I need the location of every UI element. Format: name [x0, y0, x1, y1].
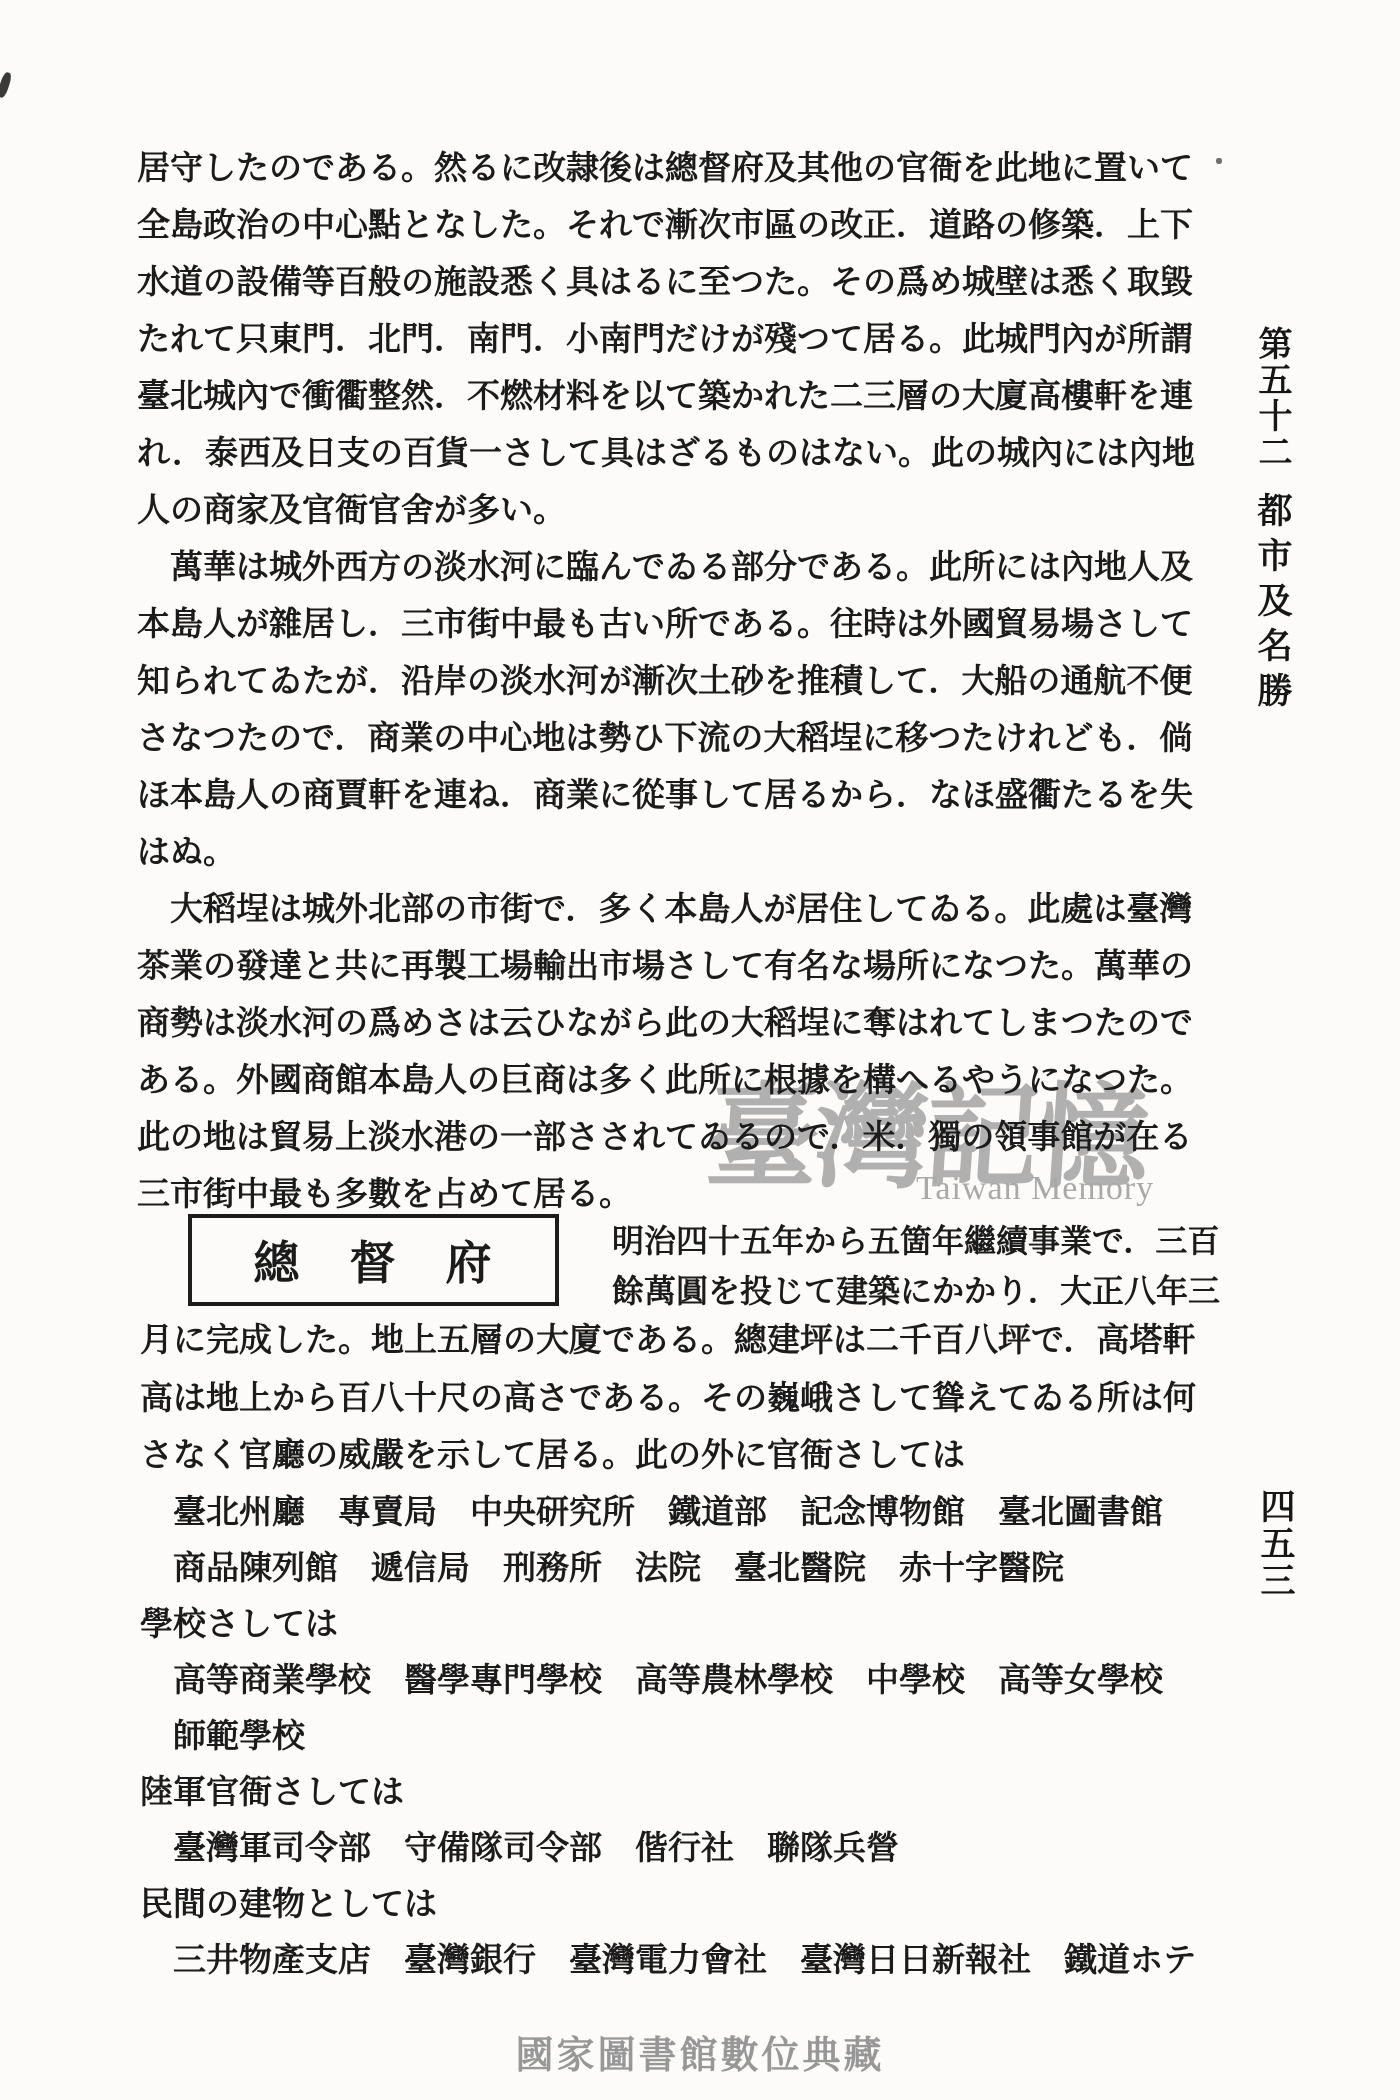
text-line: ある。外國商館本島人の巨商は多く此所に根據を構へるやうになつた。 — [137, 1062, 1193, 1102]
text-line: 商勢は淡水河の爲めさは云ひながら此の大稻埕に奪はれてしまつたので — [137, 1005, 1193, 1045]
text-line: 臺北州廳 專賣局 中央研究所 鐵道部 記念博物館 臺北圖書館 — [140, 1494, 1163, 1534]
text-line: 陸軍官衙さしては — [140, 1774, 404, 1814]
text-line: 本島人が雜居し．三市街中最も古い所である。往時は外國貿易場さして — [137, 606, 1193, 646]
archive-banner: 國家圖書館數位典藏 — [515, 2024, 884, 2079]
text-line: 全島政治の中心點となした。それで漸次市區の改正．道路の修築．上下 — [137, 207, 1193, 247]
margin-chapter-label: 第五十二 — [1247, 326, 1296, 470]
text-line: 明治四十五年から五箇年繼續事業で．三百 — [612, 1222, 1219, 1260]
scan-artifact — [0, 71, 13, 99]
text-line: 水道の設備等百般の施設悉く具はるに至つた。その爲め城壁は悉く取毀 — [137, 264, 1193, 304]
text-line: 茶業の發達と共に再製工場輸出市場さして有名な場所になつた。萬華の — [137, 948, 1193, 988]
text-line: ほ本島人の商賈軒を連ね．商業に從事して居るから．なほ盛衢たるを失 — [137, 777, 1193, 817]
page-number: 四五三 — [1250, 1488, 1300, 1599]
text-line: 民間の建物としては — [140, 1886, 437, 1926]
text-line: 人の商家及官衙官舍が多い。 — [137, 492, 566, 532]
text-line: 師範學校 — [140, 1718, 305, 1758]
text-line: 臺北城內で衝衢整然．不燃材料を以て築かれた二三層の大廈高樓軒を連 — [137, 378, 1193, 418]
text-line: 三市街中最も多數を占めて居る。 — [137, 1176, 632, 1216]
taiwan-memory-watermark-latin: Taiwan Memory — [916, 1170, 1154, 1208]
text-line: 大稻埕は城外北部の市街で．多く本島人が居住してゐる。此處は臺灣 — [137, 891, 1192, 931]
text-line: はぬ。 — [137, 834, 236, 874]
text-line: 學校さしては — [140, 1606, 338, 1646]
text-line: 萬華は城外西方の淡水河に臨んでゐる部分である。此所には內地人及 — [137, 549, 1193, 589]
text-line: 高等商業學校 醫學專門學校 高等農林學校 中學校 高等女學校 — [140, 1662, 1163, 1702]
text-line: たれて只東門．北門．南門．小南門だけが殘つて居る。此城門內が所謂 — [137, 321, 1193, 361]
text-line: 三井物產支店 臺灣銀行 臺灣電力會社 臺灣日日新報社 鐵道ホテ — [140, 1942, 1196, 1982]
text-line: 知られてゐたが．沿岸の淡水河が漸次土砂を推積して．大船の通航不便 — [137, 663, 1192, 703]
text-line: 月に完成した。地上五層の大廈である。總建坪は二千百八坪で．高塔軒 — [140, 1322, 1195, 1362]
text-line: 高は地上から百八十尺の高さである。その巍峨さして聳えてゐる所は何 — [140, 1380, 1196, 1420]
section-title: 總 督 府 — [254, 1227, 494, 1293]
text-line: さなつたので．商業の中心地は勢ひ下流の大稻埕に移つたけれども．倘 — [137, 720, 1192, 760]
text-line: れ．泰西及日支の百貨一さして具はざるものはない。此の城內には內地 — [137, 435, 1195, 475]
scan-artifact — [1216, 158, 1222, 164]
text-line: 居守したのである。然るに改隷後は總督府及其他の官衙を此地に置いて — [137, 150, 1193, 190]
scanned-page: 臺灣記憶 Taiwan Memory 居守したのである。然るに改隷後は總督府及其… — [0, 0, 1400, 2100]
text-line: 餘萬圓を投じて建築にかかり．大正八年三 — [612, 1272, 1220, 1310]
text-line: 臺灣軍司令部 守備隊司令部 偕行社 聯隊兵營 — [140, 1830, 899, 1870]
text-line: 此の地は貿易上淡水港の一部さされてゐるので．米．獨の領事館が在る — [137, 1119, 1192, 1159]
text-line: さなく官廳の威嚴を示して居る。此の外に官衙さしては — [140, 1437, 965, 1477]
text-line: 商品陳列館 遞信局 刑務所 法院 臺北醫院 赤十字醫院 — [140, 1550, 1064, 1590]
section-title-box: 總 督 府 — [188, 1214, 559, 1306]
margin-section-label: 都市及名勝 — [1247, 492, 1297, 717]
